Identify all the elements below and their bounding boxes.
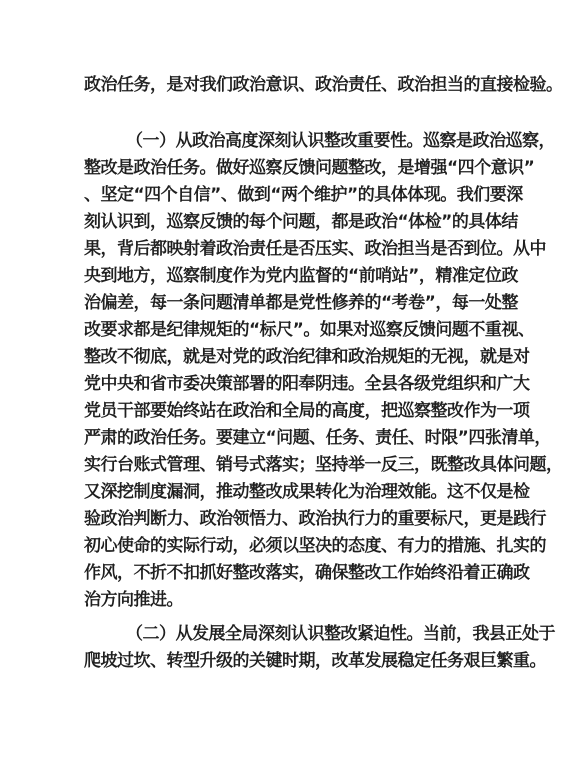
text-line: 作风，不折不扣抓好整改落实，确保整改工作始终沿着正确政	[84, 560, 536, 587]
text-line: 党员干部要始终站在政治和全局的高度，把巡察整改作为一项	[84, 398, 536, 425]
text-line: 整改不彻底，就是对党的政治纪律和政治规矩的无视，就是对	[84, 344, 536, 371]
text-line: 党中央和省市委决策部署的阳奉阴违。全县各级党组织和广大	[84, 371, 536, 398]
paragraph-section-two: （二）从发展全局深刻认识整改紧迫性。当前，我县正处于 爬坡过坎、转型升级的关键时…	[84, 621, 536, 675]
text-line: 改要求都是纪律规矩的“标尺”。如果对巡察反馈问题不重视、	[84, 317, 536, 344]
text-line: 又深挖制度漏洞，推动整改成果转化为治理效能。这不仅是检	[84, 479, 536, 506]
text-line: 爬坡过坎、转型升级的关键时期，改革发展稳定任务艰巨繁重。	[84, 648, 536, 675]
section-two-heading-line: （二）从发展全局深刻认识整改紧迫性。当前，我县正处于	[84, 621, 536, 648]
text-line: 验政治判断力、政治领悟力、政治执行力的重要标尺，更是践行	[84, 506, 536, 533]
text-line: 、坚定“四个自信”、做到“两个维护”的具体体现。我们要深	[84, 182, 536, 209]
text-line: 初心使命的实际行动，必须以坚决的态度、有力的措施、扎实的	[84, 533, 536, 560]
text-line: 治偏差，每一条问题清单都是党性修养的“考卷”，每一处整	[84, 290, 536, 317]
paragraph-section-one: （一）从政治高度深刻认识整改重要性。巡察是政治巡察， 整改是政治任务。做好巡察反…	[84, 128, 536, 614]
text-line: 严肃的政治任务。要建立“问题、任务、责任、时限”四张清单，	[84, 425, 536, 452]
text-line: 果，背后都映射着政治责任是否压实、政治担当是否到位。从中	[84, 236, 536, 263]
text-line: 刻认识到，巡察反馈的每个问题，都是政治“体检”的具体结	[84, 209, 536, 236]
text-line: 央到地方，巡察制度作为党内监督的“前哨站”，精准定位政	[84, 263, 536, 290]
section-one-heading-line: （一）从政治高度深刻认识整改重要性。巡察是政治巡察，	[84, 128, 536, 155]
text-line: 治方向推进。	[84, 587, 536, 614]
text-line: 实行台账式管理、销号式落实；坚持举一反三，既整改具体问题，	[84, 452, 536, 479]
document-page: 政治任务，是对我们政治意识、政治责任、政治担当的直接检验。 （一）从政治高度深刻…	[0, 0, 586, 759]
text-line: 政治任务，是对我们政治意识、政治责任、政治担当的直接检验。	[84, 72, 536, 99]
document-content: 政治任务，是对我们政治意识、政治责任、政治担当的直接检验。 （一）从政治高度深刻…	[84, 72, 536, 675]
paragraph-continuation: 政治任务，是对我们政治意识、政治责任、政治担当的直接检验。	[84, 72, 536, 99]
text-line: 整改是政治任务。做好巡察反馈问题整改，是增强“四个意识”	[84, 155, 536, 182]
